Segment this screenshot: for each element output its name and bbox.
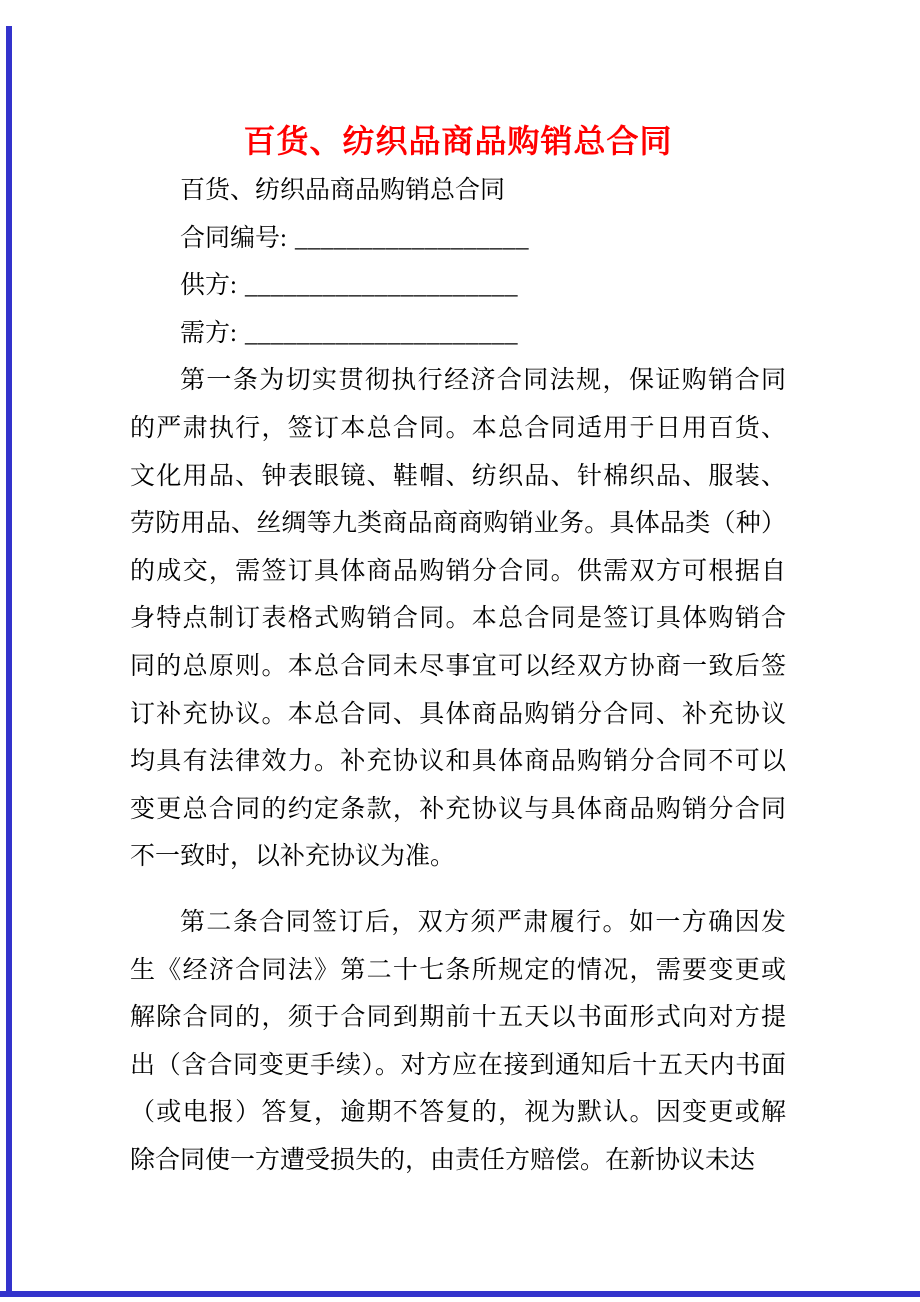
paragraph: 第二条合同签订后，双方须严肃履行。如一方确因发生《经济合同法》第二十七条所规定的… (130, 899, 786, 1185)
body-line: 的成交，需签订具体商品购销分合同。供需双方可根据自 (130, 548, 786, 596)
form-field-line: 需方:_____________________ (130, 310, 786, 358)
document-body: 第一条为切实贯彻执行经济合同法规，保证购销合同的严肃执行，签订本总合同。本总合同… (130, 357, 786, 1184)
form-field-label: 需方: (180, 320, 237, 347)
body-line: （或电报）答复，逾期不答复的，视为默认。因变更或解 (130, 1089, 786, 1137)
body-line: 出（含合同变更手续）。对方应在接到通知后十五天内书面 (130, 1042, 786, 1090)
form-field-label: 合同编号: (180, 225, 287, 252)
body-line: 除合同使一方遭受损失的，由责任方赔偿。在新协议未达 (130, 1137, 786, 1185)
body-line: 不一致时，以补充协议为准。 (130, 833, 786, 881)
page-border-left-line (6, 26, 12, 1296)
form-field-blank: _____________________ (245, 272, 518, 299)
form-fields-block: 合同编号:__________________供方:______________… (130, 215, 786, 358)
body-line: 同的总原则。本总合同未尽事宜可以经双方协商一致后签 (130, 643, 786, 691)
document-page: 百货、纺织品商品购销总合同 百货、纺织品商品购销总合同 合同编号:_______… (0, 0, 920, 1302)
form-field-label: 供方: (180, 272, 237, 299)
body-line: 解除合同的，须于合同到期前十五天以书面形式向对方提 (130, 994, 786, 1042)
body-line: 生《经济合同法》第二十七条所规定的情况，需要变更或 (130, 947, 786, 995)
body-line: 身特点制订表格式购销合同。本总合同是签订具体购销合 (130, 595, 786, 643)
body-line: 第二条合同签订后，双方须严肃履行。如一方确因发 (130, 899, 786, 947)
form-field-line: 合同编号:__________________ (130, 215, 786, 263)
page-border-bottom-line (0, 1291, 920, 1297)
body-line: 的严肃执行，签订本总合同。本总合同适用于日用百货、 (130, 405, 786, 453)
body-line: 劳防用品、丝绸等九类商品商商购销业务。具体品类（种） (130, 500, 786, 548)
body-line: 均具有法律效力。补充协议和具体商品购销分合同不可以 (130, 738, 786, 786)
form-field-blank: __________________ (295, 225, 529, 252)
body-line: 文化用品、钟表眼镜、鞋帽、纺织品、针棉织品、服装、 (130, 453, 786, 501)
body-line: 订补充协议。本总合同、具体商品购销分合同、补充协议 (130, 691, 786, 739)
document-intro-line: 百货、纺织品商品购销总合同 (130, 167, 786, 215)
paragraph: 第一条为切实贯彻执行经济合同法规，保证购销合同的严肃执行，签订本总合同。本总合同… (130, 357, 786, 881)
document-title: 百货、纺织品商品购销总合同 (130, 115, 786, 167)
form-field-line: 供方:_____________________ (130, 262, 786, 310)
document-content: 百货、纺织品商品购销总合同 百货、纺织品商品购销总合同 合同编号:_______… (130, 115, 786, 1184)
form-field-blank: _____________________ (245, 320, 518, 347)
body-line: 第一条为切实贯彻执行经济合同法规，保证购销合同 (130, 357, 786, 405)
body-line: 变更总合同的约定条款，补充协议与具体商品购销分合同 (130, 786, 786, 834)
